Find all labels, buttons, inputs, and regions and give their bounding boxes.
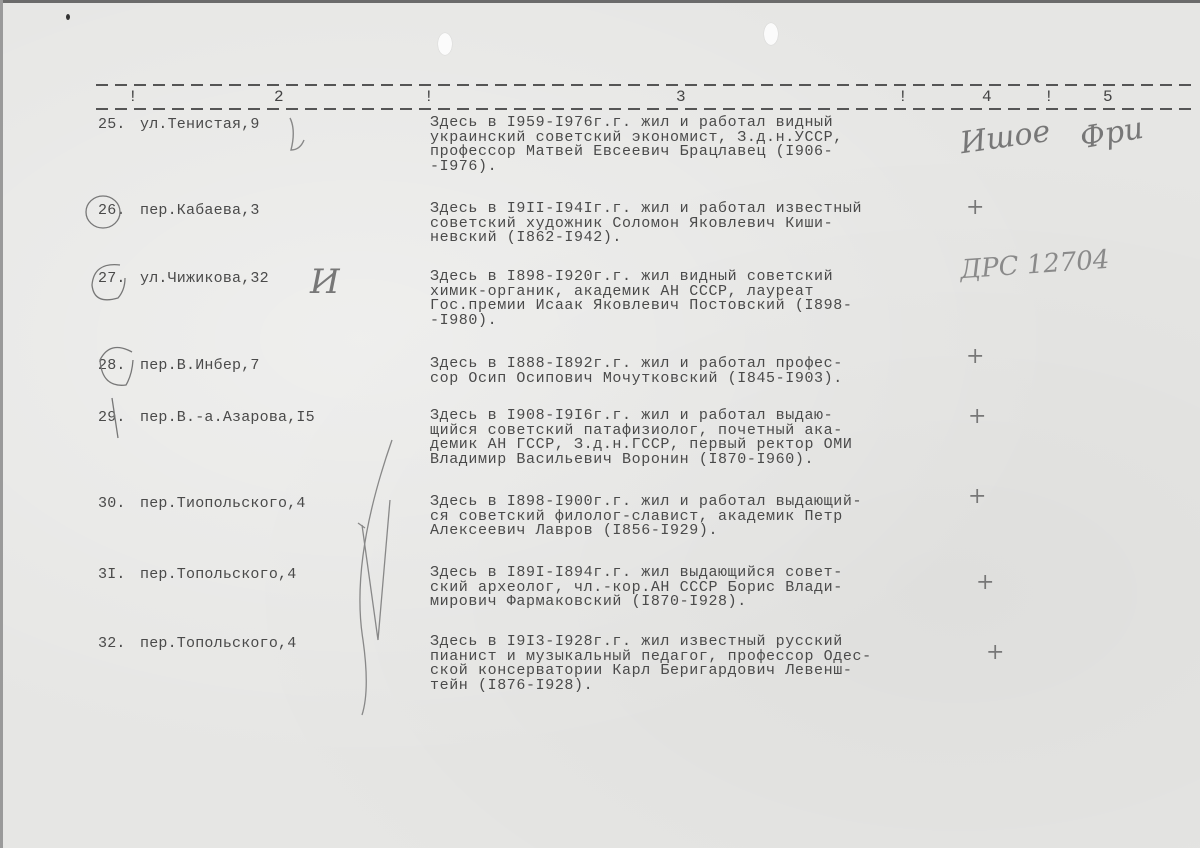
pencil-strokes [0,0,1200,848]
pencil-v-mark [362,500,390,640]
pencil-tick [290,118,304,150]
pencil-tick-29 [112,398,118,438]
pencil-circle-28 [100,348,133,386]
pencil-curve [360,440,392,715]
pencil-circle-27 [92,265,125,300]
document-sheet: ! 2 ! 3 ! 4 ! 5 25. ул.Тенистая,9 Здесь … [0,0,1200,848]
pencil-circle-26 [86,196,120,228]
